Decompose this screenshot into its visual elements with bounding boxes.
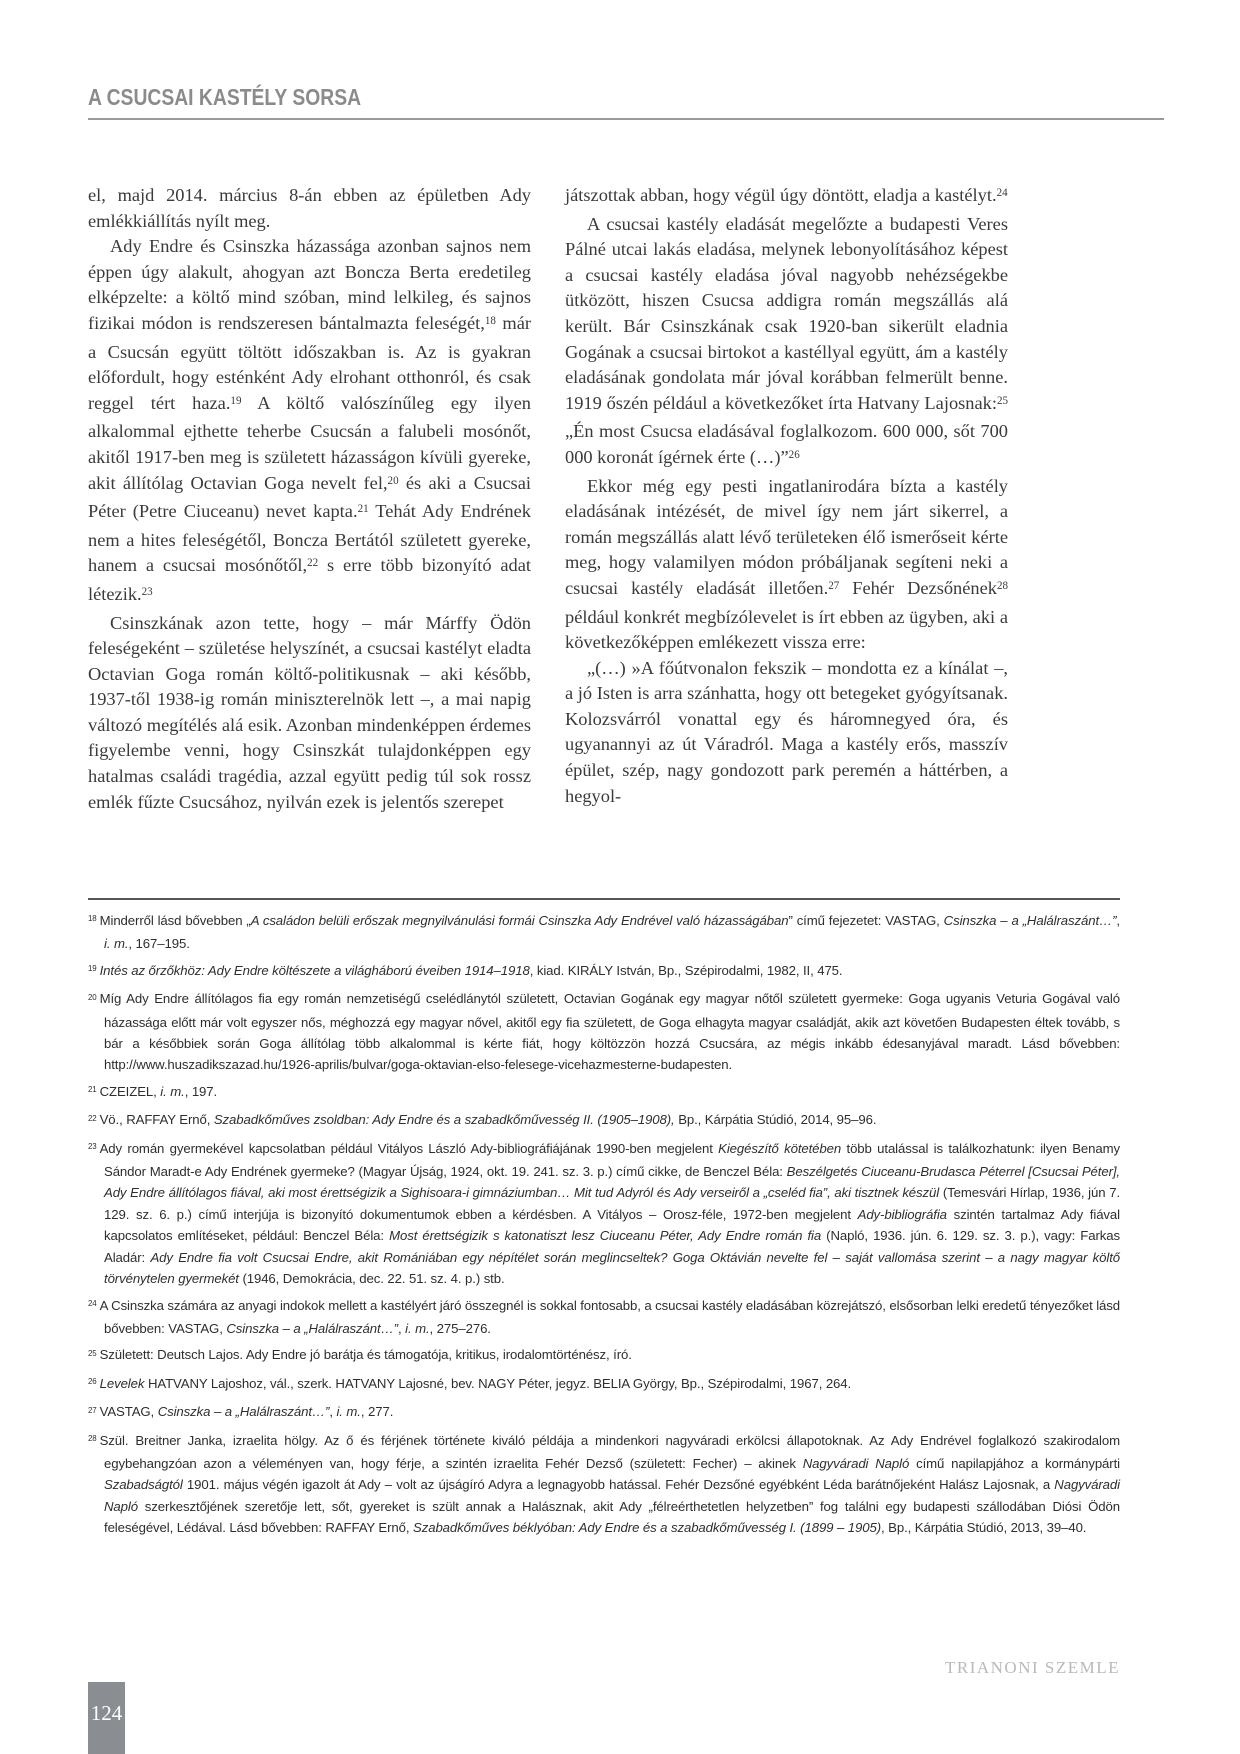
footnote-ref: 23 <box>142 586 153 598</box>
footnote: 19Intés az őrzőkhöz: Ady Endre költészet… <box>88 960 1120 983</box>
footnote-ref: 27 <box>828 580 839 592</box>
footnote-ref: 25 <box>997 395 1008 407</box>
footnote-number: 21 <box>88 1085 97 1094</box>
footnotes-section: 18Minderről lásd bővebben „A családon be… <box>88 898 1120 1544</box>
footnote-number: 20 <box>88 993 97 1002</box>
paragraph: „(…) »A főútvonalon fekszik – mondotta e… <box>565 656 1008 810</box>
footnote: 27VASTAG, Csinszka – a „Halálraszánt…”, … <box>88 1401 1120 1424</box>
footnote: 26Levelek HATVANY Lajoshoz, vál., szerk.… <box>88 1373 1120 1396</box>
paragraph: Csinszkának azon tette, hogy – már Márff… <box>88 611 531 816</box>
footnote-number: 19 <box>88 964 97 973</box>
footnote: 28Szül. Breitner Janka, izraelita hölgy.… <box>88 1430 1120 1539</box>
footnote-ref: 18 <box>485 315 496 327</box>
footnote: 23Ady román gyermekével kapcsolatban pél… <box>88 1138 1120 1290</box>
footnote-number: 24 <box>88 1299 97 1308</box>
footnote-ref: 20 <box>388 475 399 487</box>
footnote-number: 22 <box>88 1114 97 1123</box>
page-number: 124 <box>91 1701 123 1726</box>
footnote-number: 28 <box>88 1434 97 1443</box>
paragraph: A csucsai kastély eladását megelőzte a b… <box>565 212 1008 474</box>
right-column: játszottak abban, hogy végül úgy döntött… <box>565 183 1008 815</box>
footnote-ref: 26 <box>789 449 800 461</box>
footnote-number: 26 <box>88 1377 97 1386</box>
paragraph: el, majd 2014. március 8-án ebben az épü… <box>88 183 531 234</box>
footnote-ref: 19 <box>230 395 241 407</box>
footnote: 20Míg Ady Endre állítólagos fia egy romá… <box>88 988 1120 1076</box>
footnote-ref: 21 <box>358 503 369 515</box>
footnote: 22Vö., RAFFAY Ernő, Szabadkőműves zsoldb… <box>88 1109 1120 1132</box>
footnote-ref: 24 <box>997 187 1008 199</box>
page: A CSUCSAI KASTÉLY SORSA el, majd 2014. m… <box>0 0 1240 1754</box>
footnote-number: 23 <box>88 1142 97 1151</box>
body-columns: el, majd 2014. március 8-án ebben az épü… <box>88 183 1008 815</box>
footnote-ref: 28 <box>997 580 1008 592</box>
header-rule <box>88 118 1164 120</box>
left-column: el, majd 2014. március 8-án ebben az épü… <box>88 183 531 815</box>
footnote: 18Minderről lásd bővebben „A családon be… <box>88 910 1120 955</box>
journal-name: TRIANONI SZEMLE <box>945 1658 1120 1678</box>
footnote-number: 18 <box>88 914 97 923</box>
paragraph: játszottak abban, hogy végül úgy döntött… <box>565 183 1008 212</box>
footnote-number: 27 <box>88 1406 97 1415</box>
article-title: A CSUCSAI KASTÉLY SORSA <box>88 84 361 111</box>
page-number-box: 124 <box>88 1682 125 1754</box>
footnote: 24A Csinszka számára az anyagi indokok m… <box>88 1295 1120 1340</box>
paragraph: Ady Endre és Csinszka házassága azonban … <box>88 234 531 610</box>
footnote: 21CZEIZEL, i. m., 197. <box>88 1081 1120 1104</box>
footnote-ref: 22 <box>307 557 318 569</box>
footnote: 25Született: Deutsch Lajos. Ady Endre jó… <box>88 1344 1120 1367</box>
paragraph: Ekkor még egy pesti ingatlanirodára bízt… <box>565 474 1008 656</box>
footnote-number: 25 <box>88 1349 97 1358</box>
